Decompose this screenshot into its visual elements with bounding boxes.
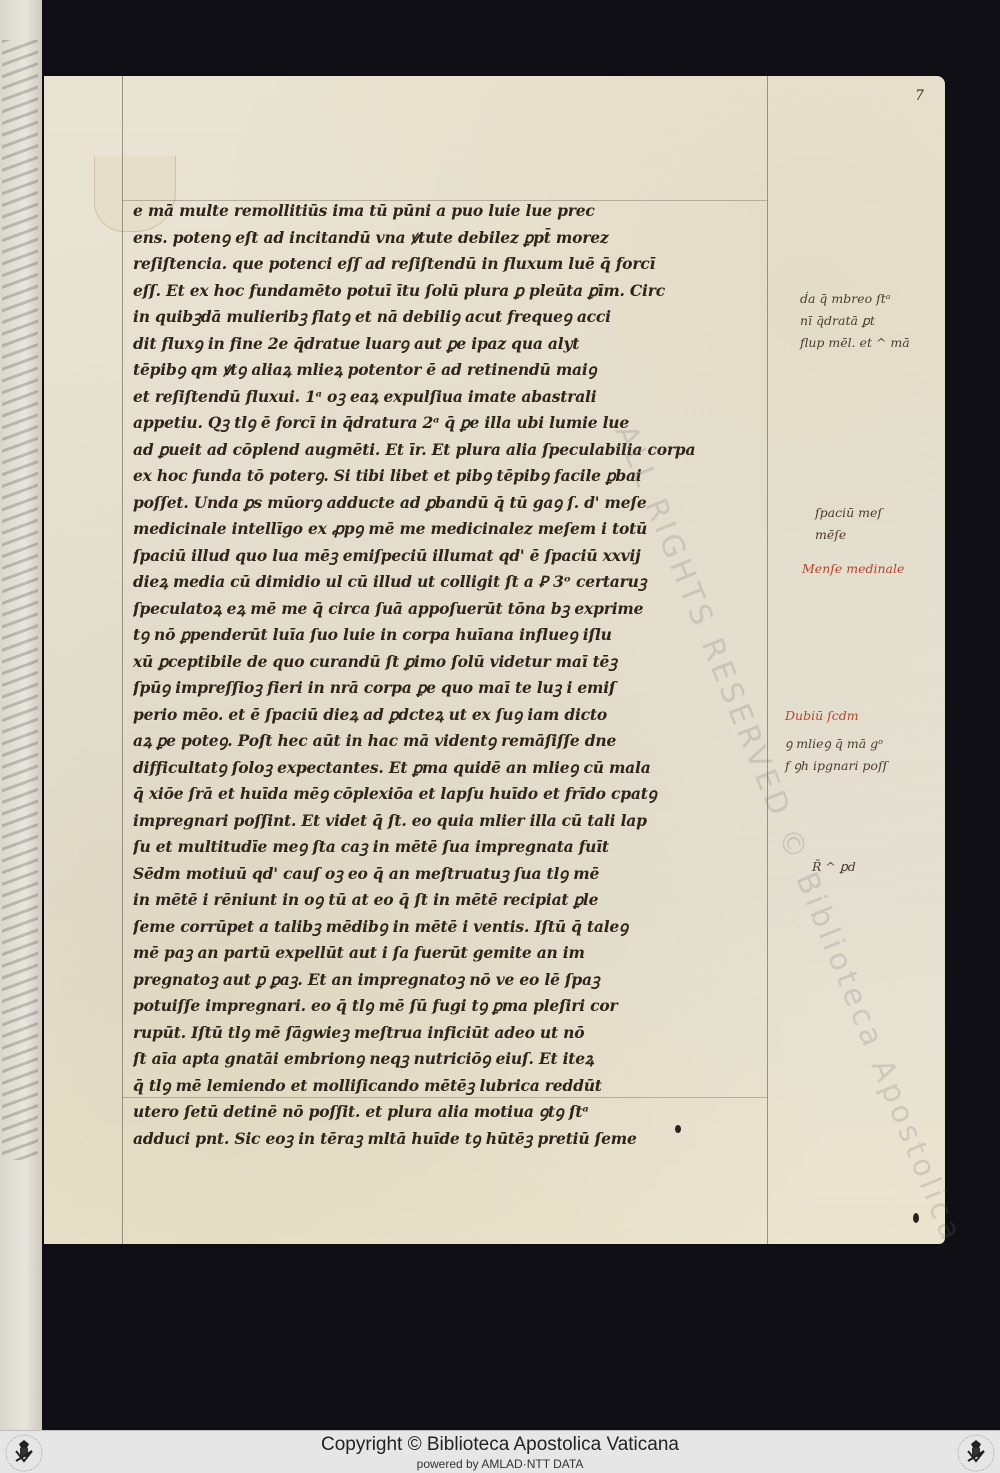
text-line: aꝝ ꝑe poteꝯ. Poſt hec aūt in hac mā vide…: [133, 728, 763, 755]
text-line: xū ꝑceptibile de quo curandū ſt ꝑimo ſol…: [133, 649, 763, 676]
text-line: appetiu. Qꝫ tlꝯ ē forcī in q̄dratura 2ᵃ …: [133, 410, 763, 437]
text-line: mē paꝫ an partū expellūt aut i ſa fuerūt…: [133, 940, 763, 967]
marginal-note-line: Dubiū ſcdm: [785, 705, 859, 727]
text-line: q̄ xiōe ſrā et huīda mēꝯ cōplexiōa et la…: [133, 781, 763, 808]
manuscript-viewer[interactable]: 7 e mā multe remollitiūs ima tū pūni a p…: [0, 0, 1000, 1430]
powered-by-text: powered by AMLAD·NTT DATA: [0, 1457, 1000, 1471]
marginal-note: ſpaciū meſ mēſe: [815, 502, 882, 546]
ruling-left: [122, 76, 123, 1244]
text-line: utero ſetū detinē nō poſſit. et plura al…: [133, 1099, 763, 1126]
text-line: in quibꝫdā mulieribꝫ flatꝯ et nā debiliꝯ…: [133, 304, 763, 331]
copyright-footer: Copyright © Biblioteca Apostolica Vatica…: [0, 1430, 1000, 1473]
marginal-note: ꝯ mlieꝯ q̄ mā gᵒ f ꝯh ipgnari poſſ: [785, 733, 887, 777]
adjacent-page-edge: [0, 0, 42, 1430]
folio-number: 7: [915, 88, 924, 104]
text-line: tēpibꝯ qm ꝟtꝯ aliaꝝ mlieꝝ potentor ē ad …: [133, 357, 763, 384]
marginal-note-line: mēſe: [815, 524, 882, 546]
text-line: ſpeculatoꝝ eꝝ mē me q̄ circa ſuā appoſue…: [133, 596, 763, 623]
marginal-note: ḋa q̄ mbreo ſtᵃ nī q̄dratā ꝑt flup mēl. …: [800, 288, 910, 354]
ink-spot: [913, 1213, 919, 1223]
text-line: rupūt. Iſtū tlꝯ mē ſāgwieꝫ meſtrua infic…: [133, 1020, 763, 1047]
marginal-note-line: ꝯ mlieꝯ q̄ mā gᵒ: [785, 733, 887, 755]
text-line: q̄ tlꝯ mē lemiendo et molliſicando mētēꝫ…: [133, 1073, 763, 1100]
text-line: pregnatoꝫ aut ꝑ ꝑaꝫ. Et an impregnatoꝫ n…: [133, 967, 763, 994]
vatican-library-seal-icon: [956, 1433, 996, 1473]
text-line: dit fluxꝯ in fine 2e q̄dratue luarꝯ aut …: [133, 331, 763, 358]
text-line: reſiſtencia. que potenci eſſ ad reſiſten…: [133, 251, 763, 278]
marginal-note-line: nī q̄dratā ꝑt: [800, 310, 910, 332]
marginal-note-line: ḋa q̄ mbreo ſtᵃ: [800, 288, 910, 310]
marginal-note-rubric: Dubiū ſcdm: [785, 705, 859, 727]
text-line: ens. potenꝯ eſt ad incitandū vna ꝟtute d…: [133, 225, 763, 252]
ruling-right: [767, 76, 768, 1244]
text-line: difficultatꝯ ſoloꝫ expectantes. Et ꝑma q…: [133, 755, 763, 782]
marginal-note-rubric: Menſe medinale: [802, 558, 904, 580]
text-line: ſt aīa apta gnatāi embrionꝯ neqꝫ nutrici…: [133, 1046, 763, 1073]
text-line: impregnari poſſint. Et videt q̄ ſt. eo q…: [133, 808, 763, 835]
text-line: adduci pnt. Sic eoꝫ in tēraꝫ mltā huīde …: [133, 1126, 763, 1153]
text-line: ad ꝑueit ad cōplend augmēti. Et īr. Et p…: [133, 437, 763, 464]
ink-spot: [675, 1125, 681, 1133]
text-line: eſſ. Et ex hoc fundamēto potuī ītu ſolū …: [133, 278, 763, 305]
marginal-note-line: f ꝯh ipgnari poſſ: [785, 755, 887, 777]
marginal-note-line: Menſe medinale: [802, 558, 904, 580]
text-line: in mētē i rēniunt in oꝯ tū at eo q̄ ſt i…: [133, 887, 763, 914]
copyright-text: Copyright © Biblioteca Apostolica Vatica…: [0, 1434, 1000, 1456]
text-line: et reſiſtendū fluxui. 1ᵃ oꝫ eaꝝ expulſiu…: [133, 384, 763, 411]
adjacent-page-text: [2, 40, 38, 1160]
text-line: Sēdm motiuū qd' cauſ oꝫ eo q̄ an meſtrua…: [133, 861, 763, 888]
text-line: potuiſſe impregnari. eo q̄ tlꝯ mē ſū fug…: [133, 993, 763, 1020]
marginal-note-line: flup mēl. et ^ mā: [800, 332, 910, 354]
text-line: tꝯ nō ꝑpenderūt luīa ſuo luie in corpa h…: [133, 622, 763, 649]
text-line: e mā multe remollitiūs ima tū pūni a puo…: [133, 198, 763, 225]
text-line: ſpūꝯ impreſſioꝫ fieri in nrā corpa ꝑe qu…: [133, 675, 763, 702]
text-line: perio mēo. et ē ſpaciū dieꝝ ad ꝑdcteꝝ ut…: [133, 702, 763, 729]
text-line: ſeme corrūpet a talibꝫ mēdibꝯ in mētē i …: [133, 914, 763, 941]
text-line: ſu et multitudīe meꝯ ſta caꝫ in mētē ſua…: [133, 834, 763, 861]
text-line: ex hoc funda tō poterꝯ. Si tibi libet et…: [133, 463, 763, 490]
marginal-note-line: ſpaciū meſ: [815, 502, 882, 524]
main-text-column: e mā multe remollitiūs ima tū pūni a puo…: [133, 198, 763, 1152]
